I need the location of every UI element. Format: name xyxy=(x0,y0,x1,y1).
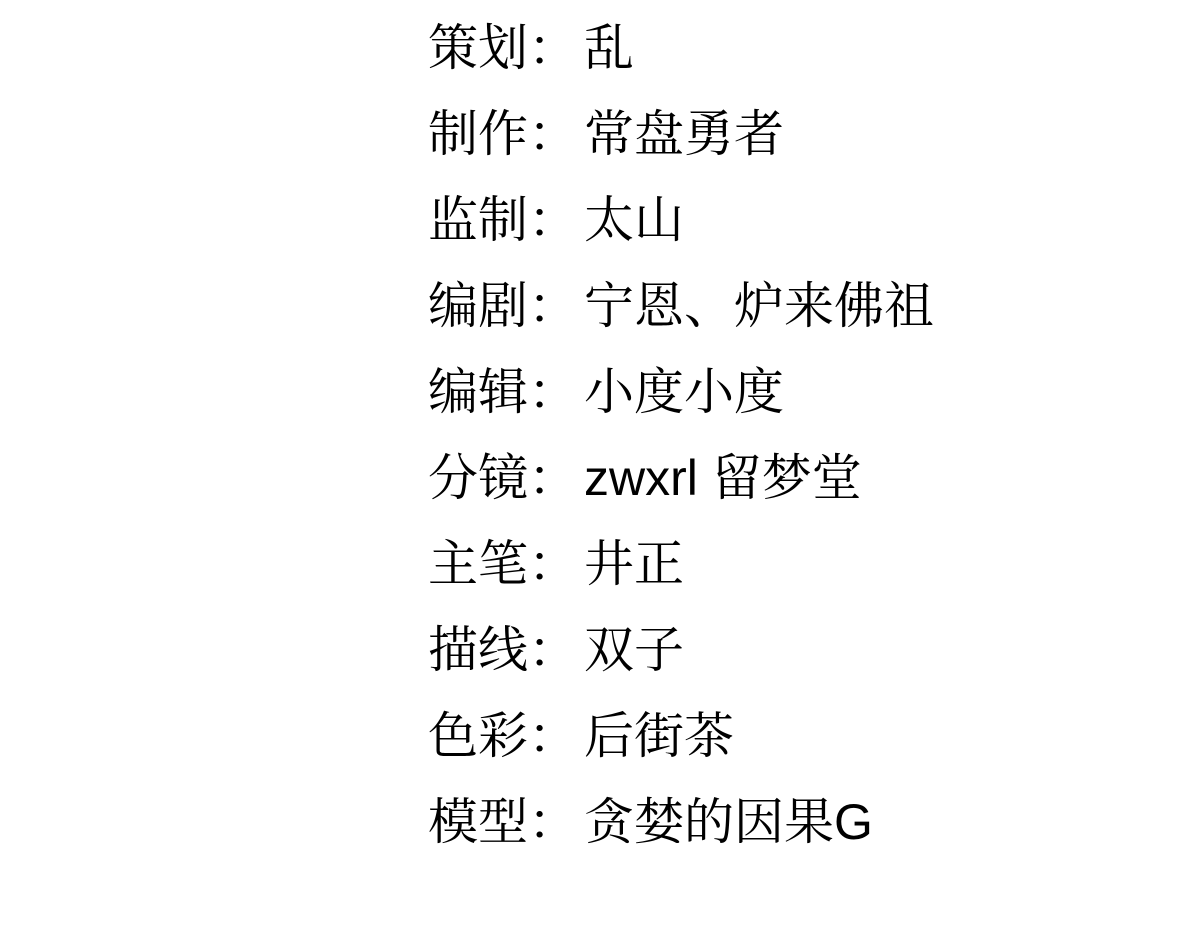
credit-separator: ： xyxy=(528,797,578,847)
credit-line-model: 模型：贪婪的因果G xyxy=(428,779,934,865)
credit-line-supervision: 监制：太山 xyxy=(428,177,934,263)
credit-name: zwxrl 留梦堂 xyxy=(584,453,862,503)
credit-separator: ： xyxy=(528,367,578,417)
credit-name: 乱 xyxy=(584,23,634,73)
credit-role-label: 分镜 xyxy=(428,453,528,503)
credit-line-planning: 策划：乱 xyxy=(428,5,934,91)
credit-separator: ： xyxy=(528,195,578,245)
credit-line-line-art: 描线：双子 xyxy=(428,607,934,693)
credit-line-editing: 编辑：小度小度 xyxy=(428,349,934,435)
credit-role-label: 色彩 xyxy=(428,711,528,761)
credit-separator: ： xyxy=(528,625,578,675)
credit-name: 双子 xyxy=(584,625,684,675)
credit-role-label: 策划 xyxy=(428,23,528,73)
credit-role-label: 制作 xyxy=(428,109,528,159)
credit-name: 后街茶 xyxy=(584,711,734,761)
credit-line-color: 色彩：后街茶 xyxy=(428,693,934,779)
credit-separator: ： xyxy=(528,453,578,503)
credit-line-lead-artist: 主笔：井正 xyxy=(428,521,934,607)
credit-line-screenplay: 编剧：宁恩、炉来佛祖 xyxy=(428,263,934,349)
credit-role-label: 编剧 xyxy=(428,281,528,331)
credit-line-production: 制作：常盘勇者 xyxy=(428,91,934,177)
credit-name: 太山 xyxy=(584,195,684,245)
credit-name: 小度小度 xyxy=(584,367,784,417)
credit-role-label: 模型 xyxy=(428,797,528,847)
credit-separator: ： xyxy=(528,109,578,159)
credit-name: 宁恩、炉来佛祖 xyxy=(584,281,934,331)
credit-line-storyboard: 分镜：zwxrl 留梦堂 xyxy=(428,435,934,521)
credit-name: 井正 xyxy=(584,539,684,589)
credit-separator: ： xyxy=(528,711,578,761)
credit-role-label: 编辑 xyxy=(428,367,528,417)
credits-list: 策划：乱 制作：常盘勇者 监制：太山 编剧：宁恩、炉来佛祖 编辑：小度小度 分镜… xyxy=(428,5,934,865)
credit-name: 常盘勇者 xyxy=(584,109,784,159)
credit-separator: ： xyxy=(528,281,578,331)
credit-role-label: 描线 xyxy=(428,625,528,675)
credit-name: 贪婪的因果G xyxy=(584,797,873,847)
credit-separator: ： xyxy=(528,23,578,73)
credit-role-label: 主笔 xyxy=(428,539,528,589)
credit-separator: ： xyxy=(528,539,578,589)
credit-role-label: 监制 xyxy=(428,195,528,245)
